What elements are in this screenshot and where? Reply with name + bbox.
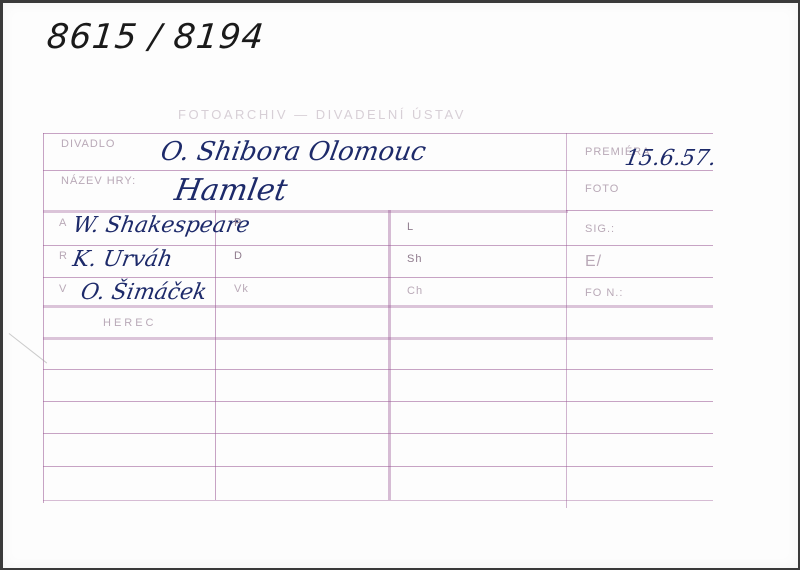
divadlo-value: O. Shibora Olomouc bbox=[158, 137, 428, 167]
nazev-hry-label: NÁZEV HRY: bbox=[61, 175, 136, 187]
inventory-number: 8615 / 8194 bbox=[45, 17, 266, 57]
author-value: W. Shakespeare bbox=[71, 213, 252, 238]
credit-label-r: R bbox=[59, 250, 68, 262]
credit-label-sh: Sh bbox=[407, 253, 422, 265]
credit-label-ch: Ch bbox=[407, 285, 423, 297]
divadlo-label: DIVADLO bbox=[61, 138, 115, 150]
credit-label-v: V bbox=[59, 283, 67, 295]
cast-header-herec: HEREC bbox=[103, 317, 157, 329]
credit-label-d: D bbox=[234, 250, 243, 262]
credit-label-p: P bbox=[234, 217, 242, 229]
credit-label-a: A bbox=[59, 217, 67, 229]
designer-value: O. Šimáček bbox=[79, 280, 209, 305]
e-mark: E/ bbox=[585, 253, 602, 271]
archive-card: 8615 / 8194 FOTOARCHIV — DIVADELNÍ ÚSTAV… bbox=[3, 3, 798, 568]
premiera-value: 15.6.57. bbox=[623, 146, 718, 171]
foto-label: FOTO bbox=[585, 183, 619, 195]
stray-pencil-mark bbox=[9, 333, 47, 363]
stamp-header: FOTOARCHIV — DIVADELNÍ ÚSTAV bbox=[178, 107, 466, 122]
nazev-hry-value: Hamlet bbox=[172, 173, 290, 208]
fo-number-label: FO N.: bbox=[585, 287, 623, 299]
director-value: K. Urváh bbox=[71, 247, 175, 272]
credit-label-vk: Vk bbox=[234, 283, 249, 295]
credit-label-l: L bbox=[407, 221, 414, 233]
sig-label: SIG.: bbox=[585, 223, 615, 235]
